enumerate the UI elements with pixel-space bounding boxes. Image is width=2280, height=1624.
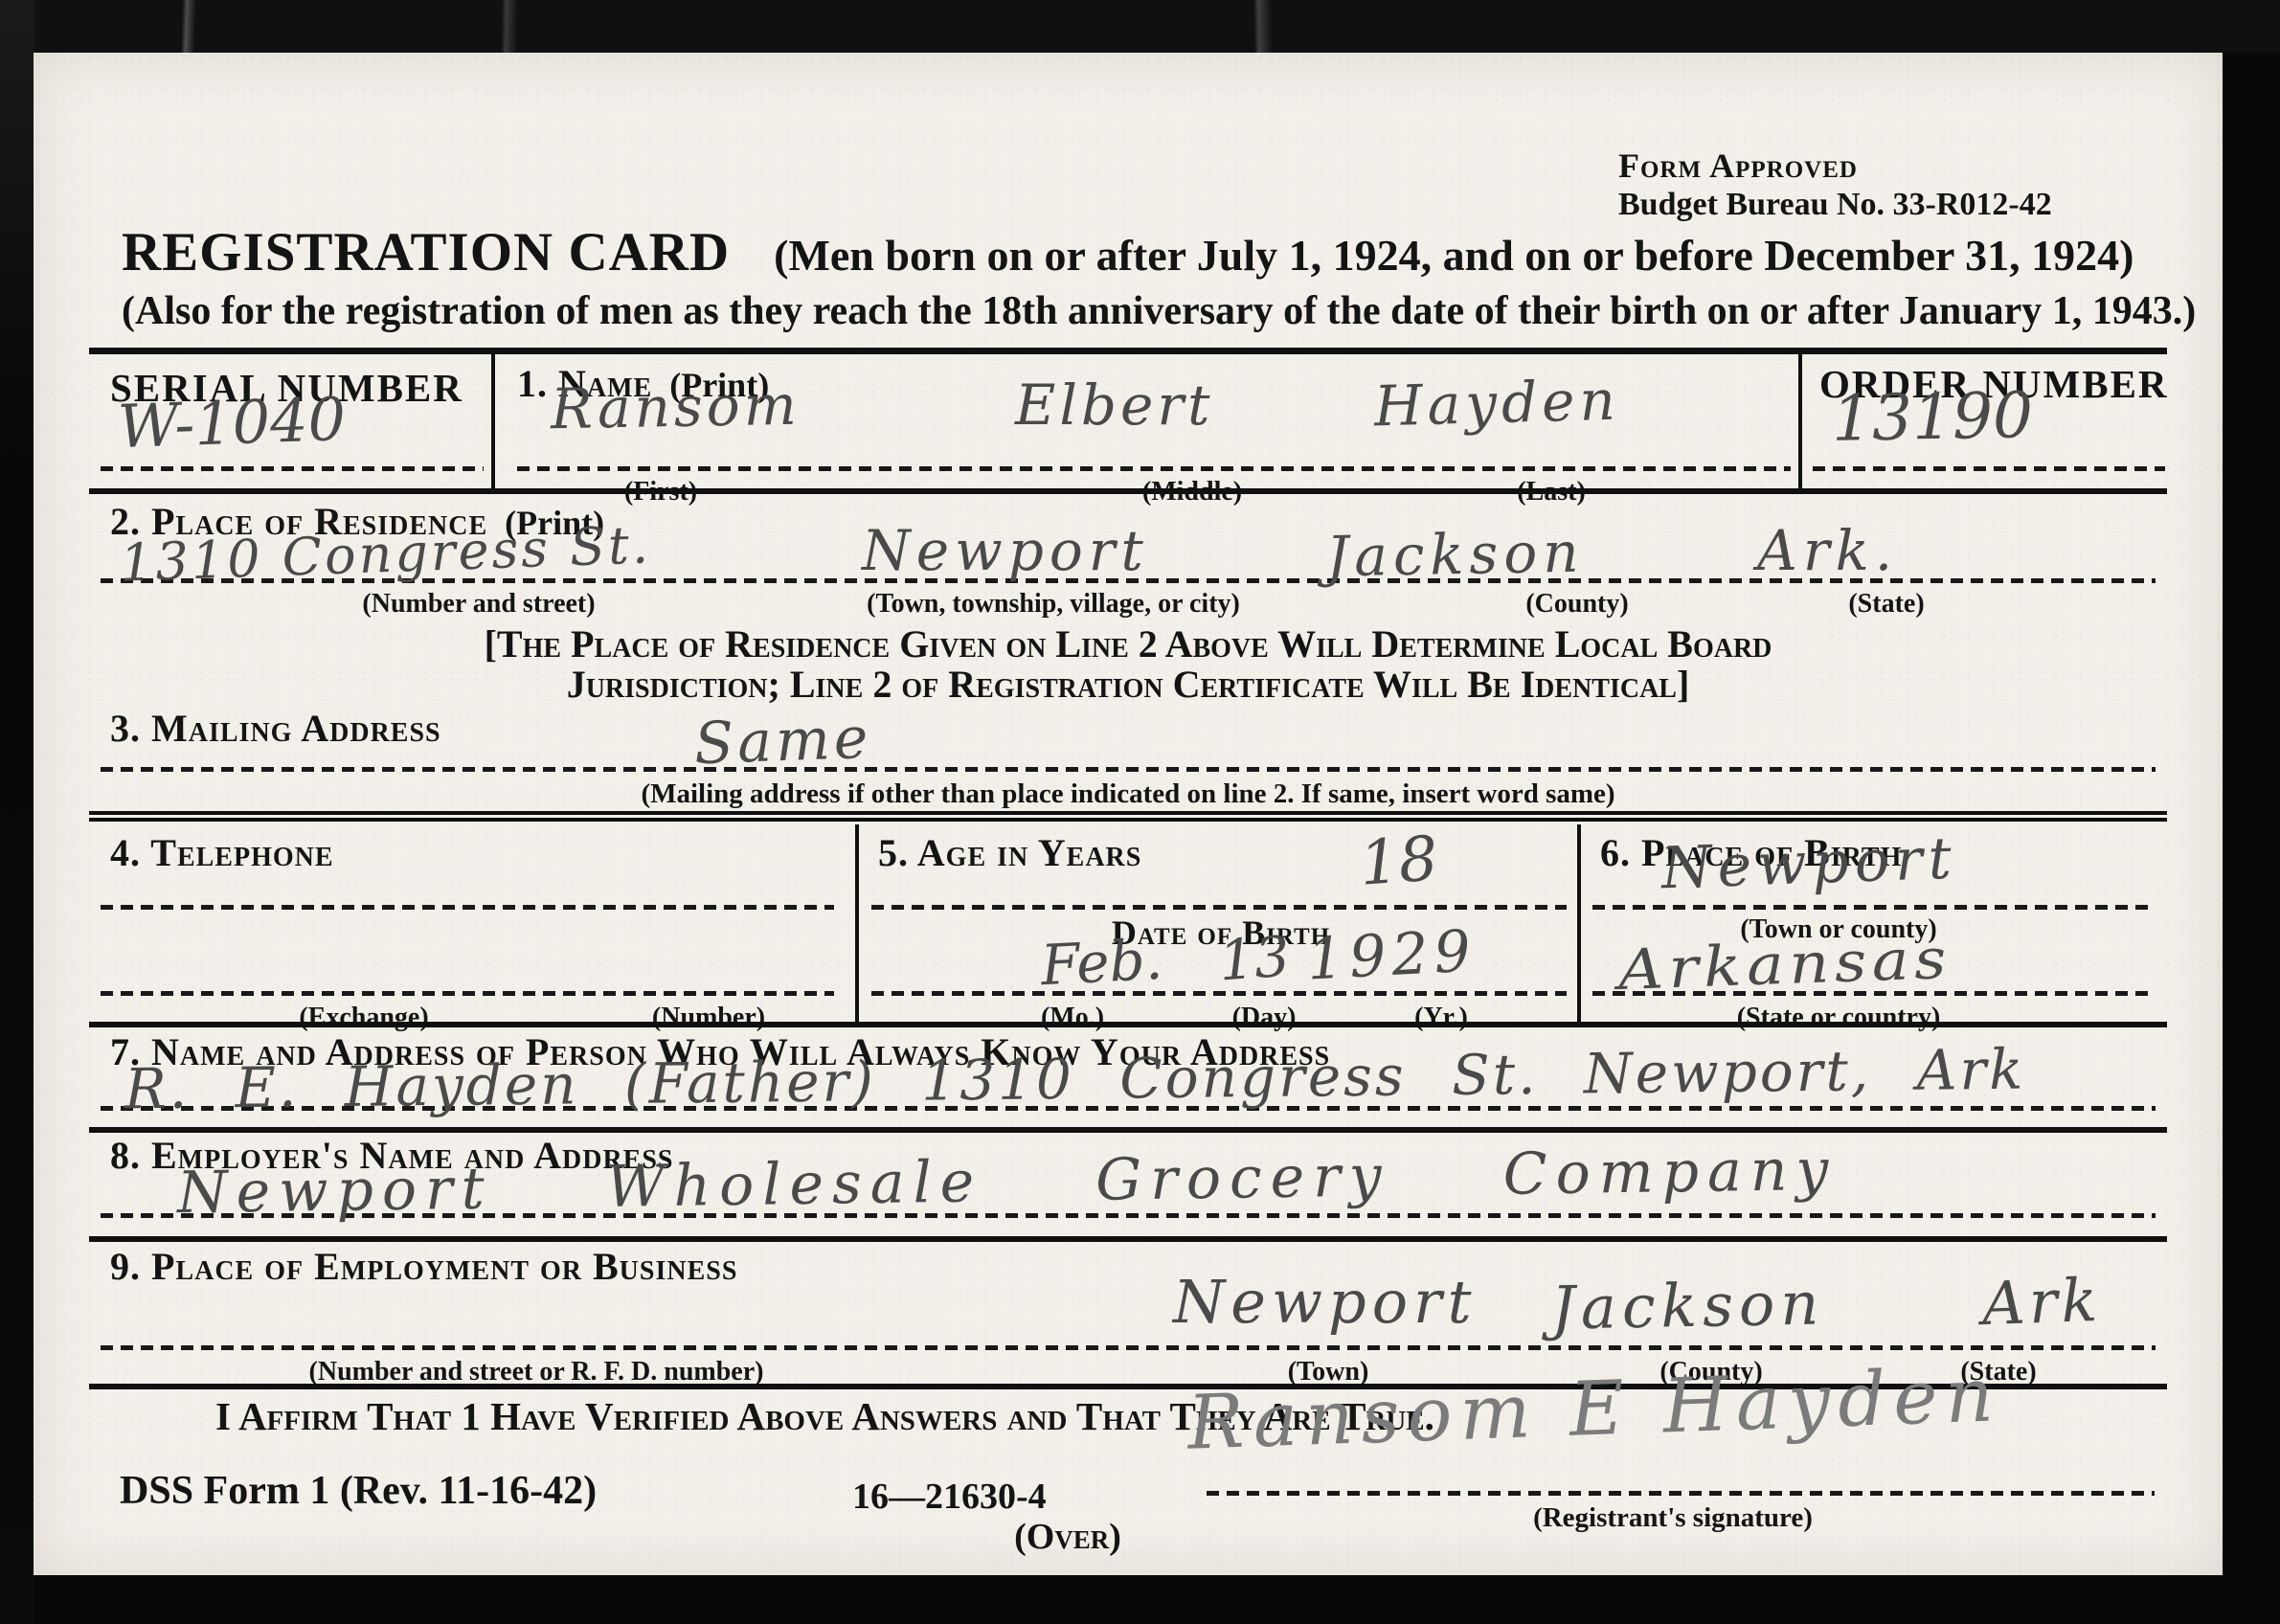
- column-divider: [1577, 824, 1581, 1022]
- print-code-text: 16—21630-4: [852, 1476, 1047, 1518]
- name-last-value: Hayden: [1373, 368, 1620, 440]
- column-divider: [1798, 354, 1802, 488]
- order-number-value: 13190: [1831, 378, 2033, 456]
- scanner-edge-left: [0, 0, 34, 1624]
- dotted-line-employment: [101, 1345, 2156, 1350]
- card-title-line: REGISTRATION CARD (Men born on or after …: [122, 221, 2133, 283]
- employment-town-value: Newport: [1173, 1267, 1478, 1337]
- birth-month-value: Feb.: [1039, 927, 1163, 999]
- mailing-sub-note: (Mailing address if other than place ind…: [34, 778, 2223, 810]
- column-divider: [855, 824, 859, 1022]
- form-approval-block: Form Approved Budget Bureau No. 33-R012-…: [1618, 147, 2052, 223]
- dotted-line-telephone-1: [101, 905, 834, 910]
- scanner-scratches-top: [0, 0, 2280, 53]
- dotted-line-signature: [1207, 1491, 2155, 1496]
- birthplace-town-value: Newport: [1660, 825, 1958, 903]
- budget-bureau-number: Budget Bureau No. 33-R012-42: [1618, 186, 2052, 223]
- registration-card: Form Approved Budget Bureau No. 33-R012-…: [34, 53, 2223, 1575]
- mailing-address-label: 3. Mailing Address: [110, 706, 441, 751]
- residence-sub-street: (Number and street): [362, 589, 595, 620]
- form-id-text: DSS Form 1 (Rev. 11-16-42): [120, 1468, 597, 1514]
- rule: [89, 1022, 2167, 1027]
- employment-state-value: Ark: [1981, 1265, 2102, 1339]
- mailing-address-value: Same: [693, 705, 873, 778]
- scanned-document-page: Form Approved Budget Bureau No. 33-R012-…: [0, 0, 2280, 1624]
- age-label: 5. Age in Years: [878, 830, 1141, 875]
- residence-sub-town: (Town, township, village, or city): [867, 589, 1240, 620]
- residence-county-value: Jackson: [1325, 520, 1585, 590]
- dotted-line-telephone-2: [101, 991, 834, 996]
- dotted-line-order: [1813, 466, 2165, 471]
- signature-sub-label: (Registrant's signature): [1533, 1502, 1813, 1534]
- residence-sub-state: (State): [1848, 589, 1924, 620]
- dotted-line-birthplace-town: [1592, 905, 2156, 910]
- residence-state-value: Ark.: [1757, 518, 1898, 583]
- rule: [89, 488, 2167, 494]
- residence-sub-county: (County): [1525, 589, 1628, 620]
- title-subnote: (Also for the registration of men as the…: [122, 288, 2196, 334]
- rule: [89, 348, 2167, 354]
- rule: [89, 1236, 2167, 1242]
- residence-town-value: Newport: [862, 518, 1149, 583]
- employment-label: 9. Place of Employment or Business: [110, 1244, 737, 1289]
- form-approved-text: Form Approved: [1618, 147, 2052, 186]
- board-notice-line2: Jurisdiction; Line 2 of Registration Cer…: [34, 662, 2223, 707]
- over-note: (Over): [1014, 1516, 1121, 1558]
- employment-county-value: Jackson: [1550, 1269, 1824, 1343]
- column-divider: [491, 354, 495, 488]
- age-value: 18: [1358, 823, 1440, 900]
- birthplace-sub-state: (State or country): [1737, 1003, 1941, 1033]
- dotted-line-serial: [101, 466, 484, 471]
- dotted-line-age: [871, 905, 1567, 910]
- dotted-line-mailing: [101, 767, 2156, 772]
- birthplace-state-value: Arkansas: [1617, 926, 1953, 1003]
- double-rule: [89, 811, 2167, 822]
- title-eligibility-note: (Men born on or after July 1, 1924, and …: [774, 231, 2133, 280]
- serial-number-value: W-1040: [117, 384, 347, 462]
- board-notice-line1: [The Place of Residence Given on Line 2 …: [34, 621, 2223, 666]
- birth-year-value: 1929: [1305, 917, 1478, 993]
- dotted-line-name: [517, 466, 1791, 471]
- birth-day-value: 13: [1217, 924, 1292, 994]
- name-middle-value: Elbert: [1015, 372, 1213, 438]
- telephone-label: 4. Telephone: [110, 830, 334, 875]
- dob-sub-year: (Yr.): [1414, 1003, 1468, 1033]
- dotted-line-dob: [871, 991, 1567, 996]
- page-title: REGISTRATION CARD: [122, 222, 730, 282]
- name-first-value: Ransom: [550, 372, 801, 442]
